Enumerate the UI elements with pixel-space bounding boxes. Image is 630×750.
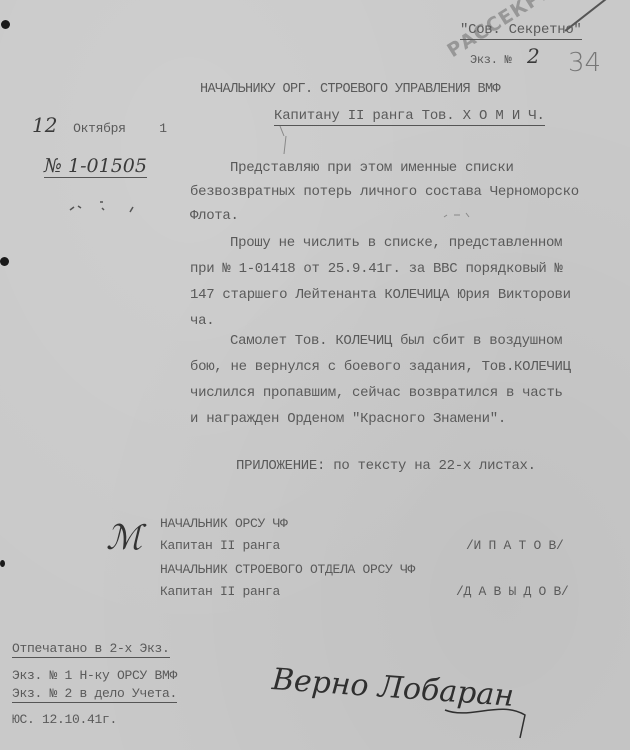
signatory-2-rank: Капитан II ранга <box>160 584 280 599</box>
punch-hole <box>1 20 10 29</box>
paragraph-3: Самолет Тов. КОЛЕЧИЦ был сбит в воздушно… <box>190 328 630 432</box>
handwritten-mark: 34 <box>568 48 601 78</box>
signatory-1-name: /И П А Т О В/ <box>466 538 564 553</box>
pencil-marks <box>440 205 500 225</box>
paragraph-line: числился пропавшим, сейчас возвратился в… <box>190 380 630 406</box>
paragraph-line: и награжден Орденом "Красного Знамени". <box>190 406 630 432</box>
addressee-line-2: Капитану II ранга Тов. Х О М И Ч. <box>274 108 545 126</box>
signatory-1-rank: Капитан II ранга <box>160 538 280 553</box>
footer-printed: Отпечатано в 2-х Экз. <box>12 641 170 658</box>
footer-copy-2: Экз. № 2 в дело Учета. <box>12 686 177 703</box>
signatory-1-title: НАЧАЛЬНИК ОРСУ ЧФ <box>160 516 288 531</box>
paragraph-1: Представляю при этом именные списки безв… <box>190 156 630 228</box>
paragraph-line: бою, не вернулся с боевого задания, Тов.… <box>190 354 630 380</box>
document-date: 12 Октября 1 <box>32 113 167 137</box>
punch-hole <box>0 257 9 266</box>
signature-flourish <box>440 690 540 740</box>
pencil-marks <box>60 190 150 225</box>
attachment-note: ПРИЛОЖЕНИЕ: по тексту на 22-х листах. <box>236 458 536 474</box>
signatory-2-name: /Д А В Ы Д О В/ <box>456 584 569 599</box>
copy-number-line: Экз. № 2 <box>470 44 540 68</box>
date-day: 12 <box>32 113 57 137</box>
initials-signature: ℳ <box>106 518 142 558</box>
date-month: Октября <box>73 121 126 136</box>
paragraph-line: при № 1-01418 от 25.9.41г. за ВВС порядк… <box>190 256 630 282</box>
paragraph-line: безвозвратных потерь личного состава Чер… <box>190 180 630 204</box>
addressee-line-1: НАЧАЛЬНИКУ ОРГ. СТРОЕВОГО УПРАВЛЕНИЯ ВМФ <box>200 82 500 97</box>
date-year: 1 <box>159 121 167 136</box>
footer-typist: ЮС. 12.10.41г. <box>12 712 117 727</box>
punch-hole <box>0 560 5 567</box>
paragraph-line: Самолет Тов. КОЛЕЧИЦ был сбит в воздушно… <box>190 328 630 354</box>
paragraph-line: Флота. <box>190 204 630 228</box>
paragraph-line: Представляю при этом именные списки <box>190 156 630 180</box>
copy-number: 2 <box>527 44 540 68</box>
footer-copy-1: Экз. № 1 Н-ку ОРСУ ВМФ <box>12 668 177 683</box>
pencil-marks <box>272 120 302 160</box>
outgoing-number: № 1-01505 <box>44 155 147 178</box>
paragraph-2: Прошу не числить в списке, представленно… <box>190 230 630 334</box>
signatory-2-title: НАЧАЛЬНИК СТРОЕВОГО ОТДЕЛА ОРСУ ЧФ <box>160 562 415 577</box>
paragraph-line: Прошу не числить в списке, представленно… <box>190 230 630 256</box>
classification-label: "Сов. Секретно" <box>460 22 582 40</box>
copy-prefix: Экз. № <box>470 53 511 67</box>
paragraph-line: 147 старшего Лейтенанта КОЛЕЧИЦА Юрия Ви… <box>190 282 630 308</box>
